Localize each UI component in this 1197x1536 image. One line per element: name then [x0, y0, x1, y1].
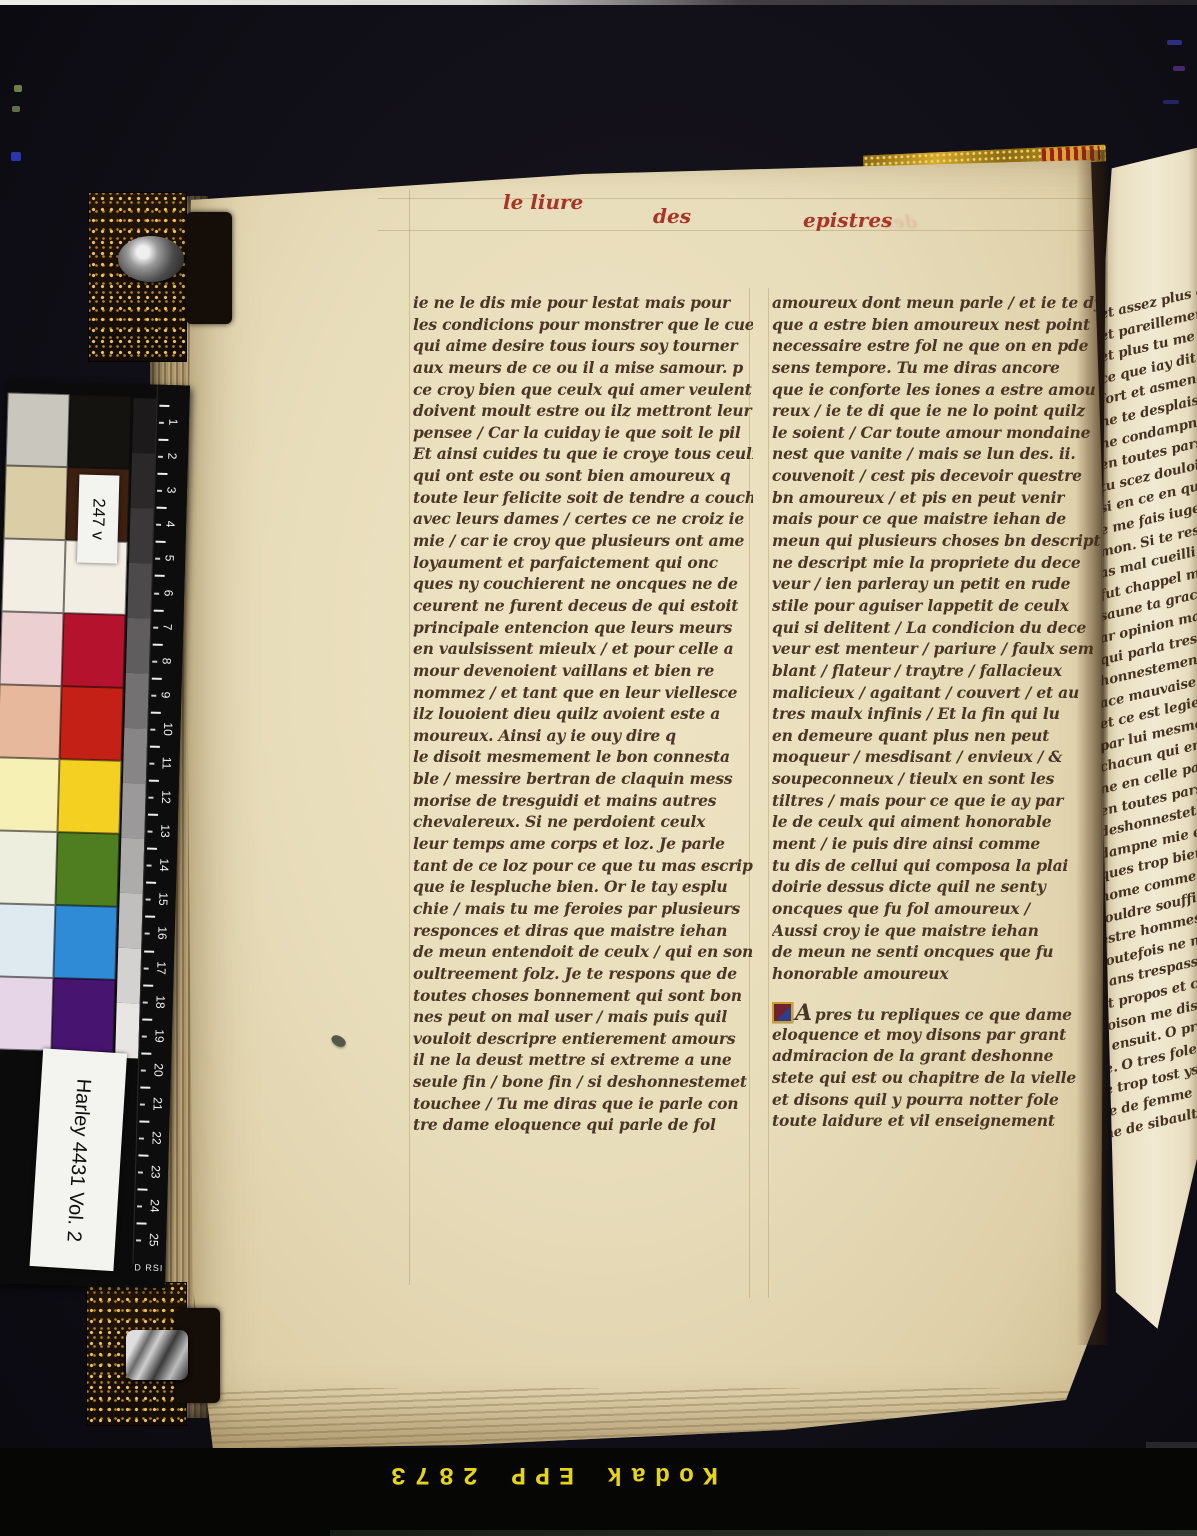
manuscript-text-line: stile pour aguiser lappetit de ceulx: [772, 595, 1104, 617]
ruler-cell: 3: [155, 473, 188, 508]
ruler-number: 9: [159, 691, 173, 698]
manuscript-text-line: qui si delitent / La condicion du dece: [772, 617, 1104, 639]
film-edge-mark: [14, 85, 22, 92]
manuscript-text-line: tant de ce loz pour ce que tu mas escrip…: [413, 855, 753, 877]
ruler-cell: 19: [139, 1018, 172, 1053]
manuscript-text-line: leur temps ame corps et loz. Je parle: [413, 833, 753, 855]
clasp-strap-top: [186, 212, 232, 324]
manuscript-text-line: responces et diras que maistre iehan: [413, 920, 753, 942]
color-patch-row: [0, 830, 119, 906]
color-patch-solid: [53, 905, 117, 980]
ruler-cell: 7: [151, 609, 184, 644]
ruler-cell: 23: [136, 1154, 169, 1189]
manuscript-text-line: le de ceulx qui aiment honorable: [772, 811, 1104, 833]
manuscript-text-line: avec leurs dames / certes ce ne croiz ie: [413, 508, 753, 530]
running-title-offset-ghost: des: [883, 212, 917, 233]
manuscript-text-line: Aussi croy ie que maistre iehan: [772, 920, 1104, 942]
manuscript-text-line: loyaument et parfaictement qui onc: [413, 552, 753, 574]
ruler-cell: 13: [145, 814, 178, 849]
film-edge-mark: [11, 152, 21, 161]
manuscript-text-line: sens tempore. Tu me diras ancore: [772, 357, 1104, 379]
shelfmark-text: Harley 4431 Vol. 2: [62, 1077, 95, 1242]
color-patch-tint: [2, 538, 66, 613]
manuscript-text-line: veur est menteur / pariure / faulx sem: [772, 638, 1104, 660]
manuscript-text-line: oultreement folz. Je te respons que de: [413, 963, 753, 985]
manuscript-text-line: ce croy bien que ceulx qui amer veulent: [413, 379, 753, 401]
manuscript-text-line: necessaire estre fol ne que on en pde: [772, 335, 1104, 357]
manuscript-text-line: le disoit mesmement le bon connesta: [413, 746, 753, 768]
ruler-cell: 5: [153, 541, 186, 576]
text-column-left: ie ne le dis mie pour lestat mais pourle…: [413, 292, 753, 1140]
running-title-right: epistres: [803, 208, 892, 232]
manuscript-text-line: les condicions pour monstrer que le cuer: [413, 314, 753, 336]
color-calibration-target: 1 2 3 4 5 6 7 8 9 10: [0, 380, 190, 1290]
manuscript-text-line: moureux. Ainsi ay ie ouy dire q: [413, 725, 753, 747]
manuscript-text-line: toutes choses bonnement qui sont bon: [413, 985, 753, 1007]
color-patch-tint: [0, 611, 64, 686]
manuscript-text-line: honorable amoureux: [772, 963, 1104, 985]
manuscript-text: pres tu repliques ce que dame: [815, 1005, 1072, 1024]
manuscript-text-line: tiltres / mais pour ce que ie ay par: [772, 790, 1104, 812]
folio-number: 247 v: [88, 498, 109, 540]
under-page-edges: [205, 1388, 1085, 1448]
manuscript-text-line: vouloit descripre entierement amours: [413, 1028, 753, 1050]
manuscript-text-line: il ne la deust mettre si extreme a une: [413, 1049, 753, 1071]
color-patch-solid: [51, 978, 115, 1053]
ruler-cell: 15: [143, 882, 176, 917]
ruler-number: 7: [160, 623, 174, 630]
ruler-cell: 8: [150, 643, 183, 678]
manuscript-text-line: stete qui est ou chapitre de la vielle: [772, 1067, 1104, 1089]
manuscript-text-line: le soient / Car toute amour mondaine: [772, 422, 1104, 444]
ruler-cell: 18: [140, 984, 173, 1019]
manuscript-text-line: ceurent ne furent deceus de qui estoit: [413, 595, 753, 617]
ruling-line: [378, 198, 1108, 199]
ruler-number: 23: [148, 1165, 162, 1179]
ruler-number: 13: [158, 824, 172, 838]
illuminated-initial: [772, 1002, 793, 1023]
film-edge-text: Kodak EPP 2873: [295, 1460, 805, 1489]
facing-page-text: et assez plus cyet pareillement etet plu…: [1100, 305, 1197, 1147]
color-patch-row: [6, 392, 132, 468]
ruler-cell: 25: [134, 1223, 167, 1258]
film-edge-mark: [1167, 40, 1182, 45]
manuscript-text-line: bn amoureux / et pis en peut venir: [772, 487, 1104, 509]
ruler-number: 25: [147, 1233, 161, 1247]
color-patch-tint: [0, 757, 59, 832]
ruling-line: [378, 230, 1108, 231]
film-bottom-edge: [330, 1530, 1197, 1536]
manuscript-text-line: mie / car ie croy que plusieurs ont ame: [413, 530, 753, 552]
manuscript-text-line: qui ont este ou sont bien amoureux q: [413, 465, 753, 487]
film-edge-highlight: [0, 0, 1197, 5]
running-title-center: des: [653, 204, 691, 228]
manuscript-text-line: couvenoit / cest pis decevoir questre: [772, 465, 1104, 487]
manuscript-text-line: oncques que fu fol amoureux /: [772, 898, 1104, 920]
color-patch-solid: [59, 686, 123, 761]
color-patch-solid: [68, 394, 132, 469]
ruler-cell: 9: [149, 677, 182, 712]
manuscript-text-line: meun qui plusieurs choses bn descript: [772, 530, 1104, 552]
ruler-cell: 10: [148, 711, 181, 746]
manuscript-page: le liure des epistres des ie ne le dis m…: [183, 148, 1108, 1450]
ruler-number: 10: [161, 722, 175, 736]
manuscript-text-line: Apres tu repliques ce que dame: [772, 1002, 1104, 1024]
initial-letter: A: [795, 1002, 812, 1026]
manuscript-text-line: toute leur felicite soit de tendre a cou…: [413, 487, 753, 509]
manuscript-text-line: touchee / Tu me diras que ie parle con: [413, 1093, 753, 1115]
color-patch-solid: [55, 832, 119, 907]
manuscript-text-line: tres maulx infinis / Et la fin qui lu: [772, 703, 1104, 725]
ruler-cell: 14: [144, 848, 177, 883]
manuscript-text-line: ble / messire bertran de claquin mess: [413, 768, 753, 790]
ruler-number: 18: [153, 995, 167, 1009]
ruler-number: 20: [151, 1063, 165, 1077]
manuscript-text-line: mour devenoient vaillans et bien re: [413, 660, 753, 682]
ruler-cell: 11: [147, 745, 180, 780]
clasp-boss-top: [118, 236, 184, 282]
manuscript-text-line: ilz louoient dieu quilz avoient este a: [413, 703, 753, 725]
color-patch-tint: [0, 903, 55, 978]
manuscript-text-line: admiracion de la grant deshonne: [772, 1045, 1104, 1067]
manuscript-text-line: eloquence et moy disons par grant: [772, 1024, 1104, 1046]
manuscript-text-line: et disons quil y pourra notter fole: [772, 1089, 1104, 1111]
manuscript-text-line: pensee / Car la cuiday ie que soit le pi…: [413, 422, 753, 444]
ruler-number: 5: [162, 555, 176, 562]
ruler-cell: 24: [135, 1189, 168, 1224]
manuscript-text-line: qui aime desire tous iours soy tourner: [413, 335, 753, 357]
ruler-cell: 2: [156, 439, 189, 474]
manuscript-text-line: tu dis de cellui qui composa la plai: [772, 855, 1104, 877]
ruler-number: 8: [160, 657, 174, 664]
color-patch-row: [0, 903, 117, 979]
manuscript-text-line: chie / mais tu me feroies par plusieurs: [413, 898, 753, 920]
manuscript-text-line: nommez / et tant que en leur viellesce: [413, 682, 753, 704]
film-edge-mark: [1163, 100, 1179, 104]
ruler-cell: 20: [138, 1052, 171, 1087]
film-edge-mark: [12, 106, 20, 112]
ruler-cell: 4: [154, 507, 187, 542]
ruler-cell: 17: [141, 950, 174, 985]
manuscript-text-line: Et ainsi cuides tu que ie croye tous ceu…: [413, 443, 753, 465]
color-patch-row: [0, 757, 121, 833]
manuscript-text-line: reux / ie te di que ie ne lo point quilz: [772, 400, 1104, 422]
manuscript-text-line: que ie conforte les iones a estre amou: [772, 379, 1104, 401]
folio-label: 247 v: [77, 475, 119, 564]
film-rebate: Kodak EPP 2873: [0, 1448, 1197, 1536]
color-patch-tint: [6, 392, 70, 467]
ruler-number: 15: [156, 893, 170, 907]
ink-blot: [330, 1032, 348, 1049]
manuscript-text-line: aux meurs de ce ou il a mise samour. p: [413, 357, 753, 379]
manuscript-text-line: de meun ne senti oncques que fu: [772, 941, 1104, 963]
manuscript-text-line: soupeconneux / tieulx en sont les: [772, 768, 1104, 790]
manuscript-text-line: que a estre bien amoureux nest point: [772, 314, 1104, 336]
ruler-cell: 16: [142, 916, 175, 951]
running-title-left: le liure: [503, 190, 583, 214]
facing-page-edge: et assez plus cyet pareillement etet plu…: [1093, 138, 1197, 1353]
color-patch-tint: [0, 976, 53, 1051]
ruler-number: 3: [164, 487, 178, 494]
ruler-number: 1: [166, 419, 180, 426]
manuscript-text-line: chevalereux. Si ne perdoient ceulx: [413, 811, 753, 833]
clasp-boss-bottom: [126, 1330, 188, 1380]
ruler-cell: 1: [156, 405, 189, 440]
film-edge-mark: [1173, 66, 1185, 71]
manuscript-text-line: que ie lespluche bien. Or le tay esplu: [413, 876, 753, 898]
manuscript-text-line: malicieux / agaitant / couvert / et au: [772, 682, 1104, 704]
manuscript-text-line: nest que vanite / mais se lun des. ii.: [772, 443, 1104, 465]
color-patch-tint: [0, 830, 57, 905]
color-patch-tint: [4, 465, 68, 540]
manuscript-text-line: en vaulsissent mieulx / et pour celle a: [413, 638, 753, 660]
color-patch-tint: [0, 684, 62, 759]
manuscript-text-line: de meun entendoit de ceulx / qui en sont: [413, 941, 753, 963]
manuscript-text-line: veur / ien parleray un petit en rude: [772, 573, 1104, 595]
paragraph2-lines: eloquence et moy disons par grantadmirac…: [772, 1024, 1104, 1132]
ruler-number: 24: [148, 1199, 162, 1213]
text-column-right: amoureux dont meun parle / et ie te dyqu…: [772, 292, 1104, 992]
manuscript-text-line: doirie dessus dicte quil ne senty: [772, 876, 1104, 898]
ruler-number: 11: [159, 757, 173, 770]
manuscript-text-line: ne descript mie la propriete du dece: [772, 552, 1104, 574]
manuscript-text-line: ment / ie puis dire ainsi comme: [772, 833, 1104, 855]
manuscript-text-line: nes peut on mal user / mais puis quil: [413, 1006, 753, 1028]
ruler-number: 21: [150, 1097, 164, 1111]
ruler-cell: 6: [152, 575, 185, 610]
manuscript-text-line: doivent moult estre ou ilz mettront leur: [413, 400, 753, 422]
color-patch-row: [0, 684, 123, 760]
ruler-cell: 21: [137, 1086, 170, 1121]
manuscript-text-line: toute laidure et vil enseignement: [772, 1110, 1104, 1132]
ruler-number: 4: [163, 521, 177, 528]
ruler-number: 2: [165, 453, 179, 460]
manuscript-text-line: amoureux dont meun parle / et ie te dy: [772, 292, 1104, 314]
manuscript-text-line: ques ny couchierent ne oncques ne de: [413, 573, 753, 595]
color-patch-solid: [57, 759, 121, 834]
ruling-line: [409, 190, 410, 1285]
ruler-cell: 22: [136, 1120, 169, 1155]
text-column-right-paragraph2: Apres tu repliques ce que dame eloquence…: [772, 1002, 1104, 1162]
shelfmark-label: Harley 4431 Vol. 2: [30, 1048, 128, 1271]
color-patch-row: [0, 976, 115, 1052]
ruler-footer: D RSI: [132, 1262, 165, 1273]
ruler-cell: 12: [146, 780, 179, 815]
manuscript-text-line: seule fin / bone fin / si deshonnestemet: [413, 1071, 753, 1093]
ruler-number: 17: [154, 961, 168, 975]
manuscript-text-line: mais pour ce que maistre iehan de: [772, 508, 1104, 530]
manuscript-text-line: blant / flateur / traytre / fallacieux: [772, 660, 1104, 682]
manuscript-text-line: ie ne le dis mie pour lestat mais pour: [413, 292, 753, 314]
ruler-number: 6: [161, 589, 175, 596]
ruler-number: 16: [155, 927, 169, 941]
manuscript-text-line: en demeure quant plus nen peut: [772, 725, 1104, 747]
photo-frame: le liure des epistres des ie ne le dis m…: [0, 0, 1197, 1536]
color-patch-row: [0, 611, 126, 687]
ruler-number: 12: [159, 790, 173, 804]
ruler-number: 14: [157, 858, 171, 872]
manuscript-text-line: principale entencion que leurs meurs: [413, 617, 753, 639]
color-patch-solid: [62, 613, 126, 688]
ruler-number: 19: [152, 1029, 166, 1043]
ruling-line: [768, 288, 769, 1298]
manuscript-text-line: moqueur / mesdisant / envieux / &: [772, 746, 1104, 768]
manuscript-text-line: morise de tresguidi et mains autres: [413, 790, 753, 812]
manuscript-text-line: tre dame eloquence qui parle de fol: [413, 1114, 753, 1136]
ruler-number: 22: [149, 1131, 163, 1145]
